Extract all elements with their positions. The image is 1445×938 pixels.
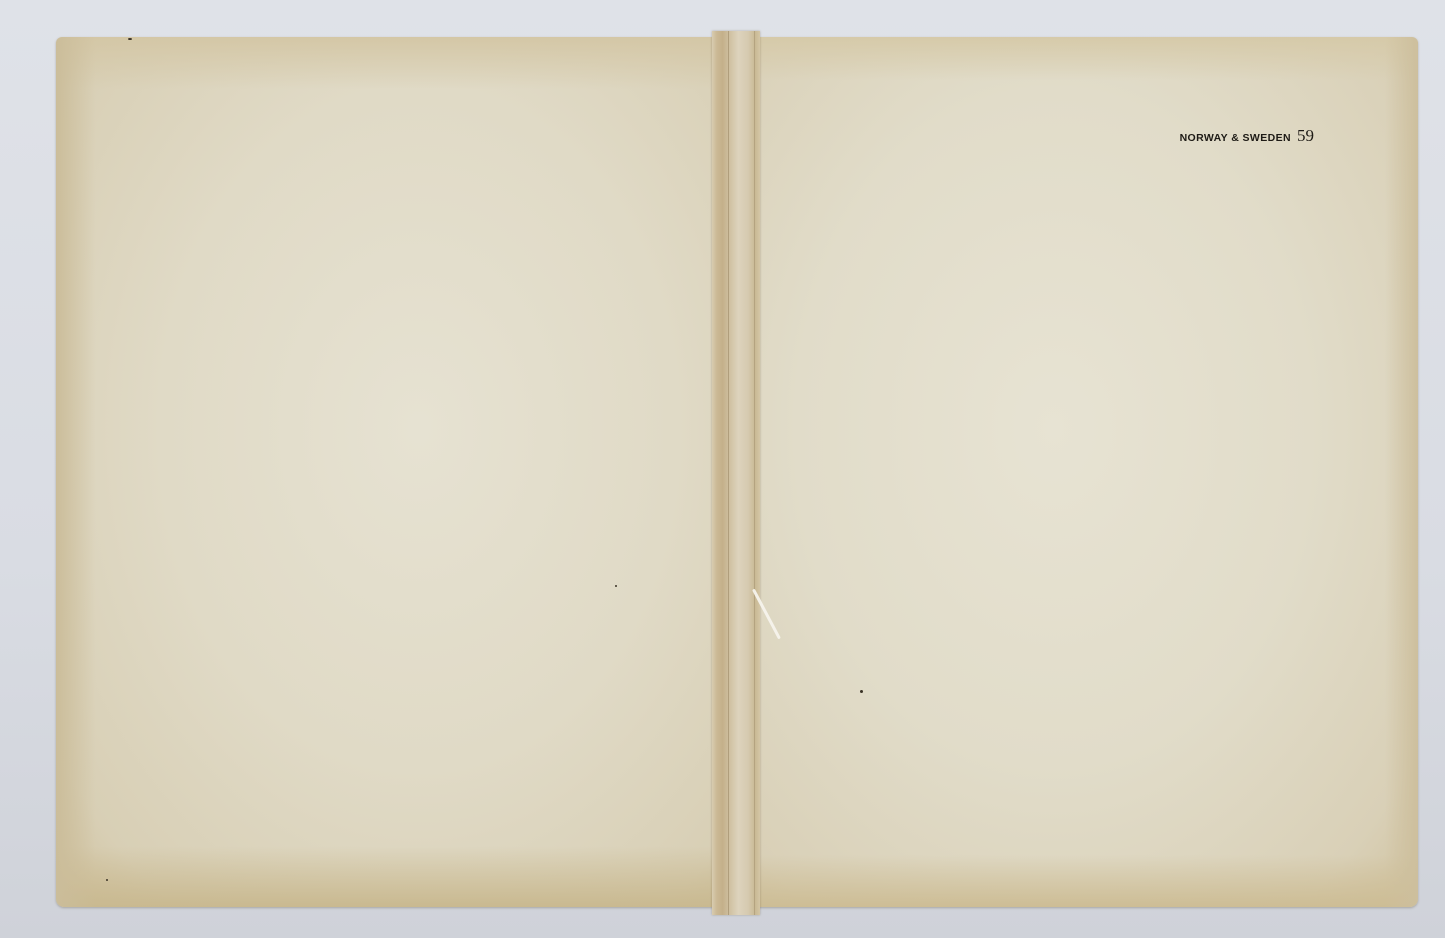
paper-speck xyxy=(106,879,108,881)
running-head: NORWAY & SWEDEN 59 xyxy=(1180,126,1314,146)
left-page xyxy=(56,37,716,907)
paper-speck xyxy=(615,585,617,587)
paper-nick xyxy=(128,38,132,40)
page-number: 59 xyxy=(1297,126,1314,146)
right-page: NORWAY & SWEDEN 59 xyxy=(756,37,1418,907)
binding-spine-strip xyxy=(712,31,760,915)
paper-speck xyxy=(860,690,863,693)
document-spread: NORWAY & SWEDEN 59 xyxy=(56,37,1418,907)
running-head-title: NORWAY & SWEDEN xyxy=(1180,132,1291,144)
